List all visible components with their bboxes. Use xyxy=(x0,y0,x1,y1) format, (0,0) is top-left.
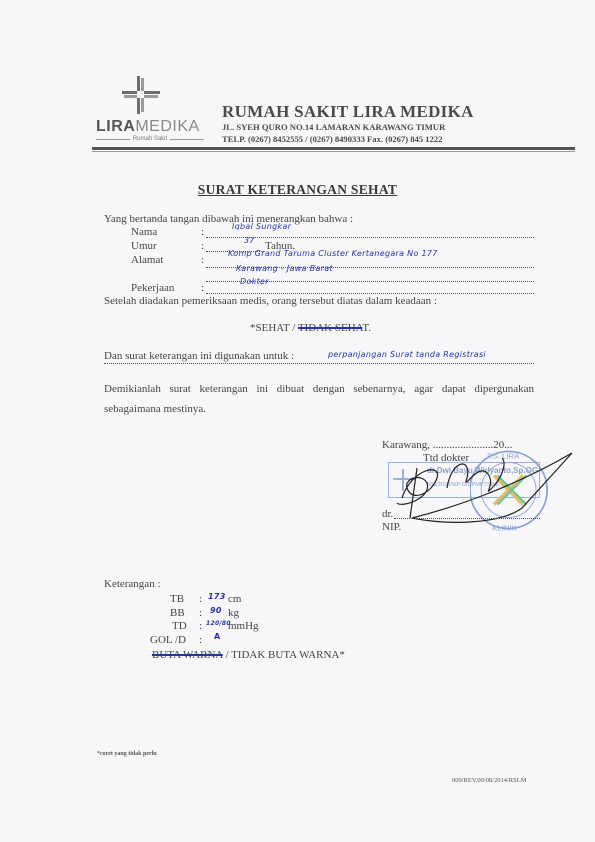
purpose-label: Dan surat keterangan ini digunakan untuk… xyxy=(104,350,294,362)
place-date: Karawang, ......................20... xyxy=(382,439,512,451)
colon: : xyxy=(199,620,202,632)
tb-unit: cm xyxy=(228,593,241,605)
color-blind-status: BUTA WARNA / TIDAK BUTA WARNA* xyxy=(152,649,345,661)
colon: : xyxy=(201,240,204,252)
form-code: 009/REV.00/08/2014/RSLM xyxy=(452,777,526,784)
field-label-pekerjaan: Pekerjaan xyxy=(131,282,174,294)
purpose-value: perpanjangan Surat tanda Registrasi xyxy=(328,350,486,359)
closing-line-2: sebagaimana mestinya. xyxy=(104,403,206,415)
header-divider-thin xyxy=(92,151,575,152)
colon: : xyxy=(201,254,204,266)
field-value-nama: Iqbal Sungkar xyxy=(232,222,291,231)
colon: : xyxy=(201,282,204,294)
logo-brand-light: MEDIKA xyxy=(135,118,199,135)
closing-line-1: Demikianlah surat keterangan ini dibuat … xyxy=(104,383,534,395)
gol-label: GOL /D xyxy=(150,634,186,646)
document-title: SURAT KETERANGAN SEHAT xyxy=(0,182,595,198)
header-divider xyxy=(92,147,575,150)
footnote: *coret yang tidak perlu xyxy=(97,751,157,757)
status-tidak-sehat-struck: TIDAK SEHA xyxy=(298,322,362,334)
field-value-umur: 37 xyxy=(244,236,255,245)
logo-tagline: Rumah Sakit xyxy=(96,136,204,142)
doctor-name-line xyxy=(394,517,540,519)
bb-unit: kg xyxy=(228,607,239,619)
nip-label: NIP. xyxy=(382,521,401,533)
field-value-pekerjaan: Dokter xyxy=(240,277,269,286)
hospital-name: RUMAH SAKIT LIRA MEDIKA xyxy=(222,102,474,122)
tb-label: TB xyxy=(170,593,184,605)
field-label-alamat: Alamat xyxy=(131,254,163,266)
td-unit: mmHg xyxy=(228,620,259,632)
tb-value: 173 xyxy=(208,592,226,601)
status-suffix: T. xyxy=(362,322,371,334)
td-label: TD xyxy=(172,620,187,632)
logo-wordmark: LIRAMEDIKA xyxy=(96,118,200,136)
bb-value: 90 xyxy=(210,606,222,615)
sign-label: Ttd dokter xyxy=(423,452,469,464)
logo-tagline-text: Rumah Sakit xyxy=(133,136,167,142)
field-value-alamat-1: Komp Grand Taruma Cluster Kertanegara No… xyxy=(228,249,438,258)
logo-brand-bold: LIRA xyxy=(96,118,135,135)
color-blind-rest: / TIDAK BUTA WARNA* xyxy=(223,649,345,661)
colon: : xyxy=(199,634,202,646)
bb-label: BB xyxy=(170,607,185,619)
colon: : xyxy=(201,226,204,238)
doctor-signature xyxy=(392,448,577,526)
purpose-line xyxy=(104,362,534,364)
notes-label: Keterangan : xyxy=(104,578,161,590)
color-blind-struck: BUTA WARNA xyxy=(152,649,223,661)
status-sehat: *SEHAT / xyxy=(250,322,298,334)
field-label-umur: Umur xyxy=(131,240,157,252)
intro-text: Yang bertanda tangan dibawah ini meneran… xyxy=(104,213,353,225)
gol-value: A xyxy=(214,632,221,641)
exam-statement: Setelah diadakan pemeriksaan medis, oran… xyxy=(104,295,437,307)
health-status: *SEHAT / TIDAK SEHAT. xyxy=(250,322,371,334)
colon: : xyxy=(199,607,202,619)
field-value-alamat-2: Karawang - Jawa Barat xyxy=(236,264,333,273)
hospital-address: JL. SYEH QURO NO.14 LAMARAN KARAWANG TIM… xyxy=(222,122,445,132)
colon: : xyxy=(199,593,202,605)
hospital-phone: TELP. (0267) 8452555 / (0267) 8490333 Fa… xyxy=(222,134,443,144)
medical-cross-icon xyxy=(122,76,160,114)
field-label-nama: Nama xyxy=(131,226,157,238)
doctor-prefix: dr. xyxy=(382,508,393,520)
